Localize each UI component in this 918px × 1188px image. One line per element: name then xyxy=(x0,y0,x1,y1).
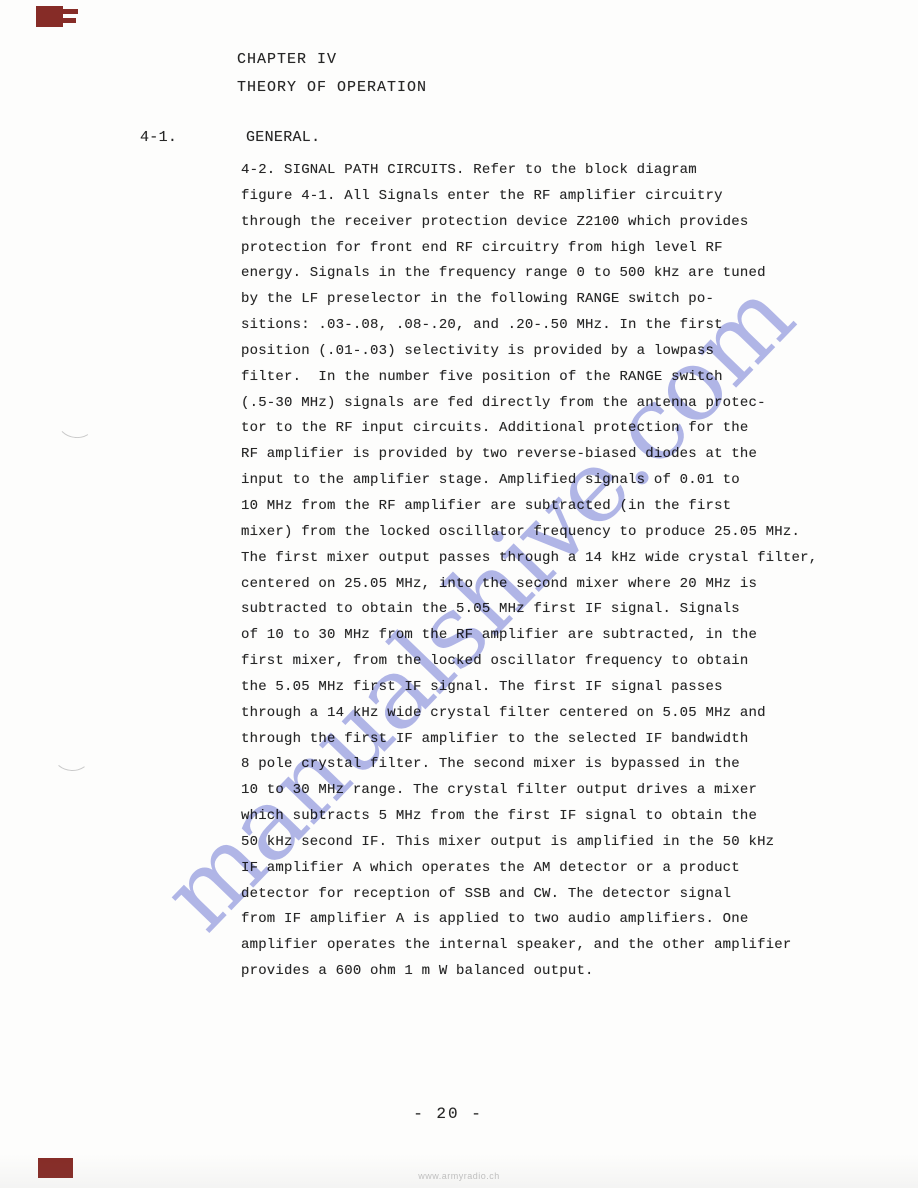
text-line: protection for front end RF circuitry fr… xyxy=(241,236,861,262)
text-line: IF amplifier A which operates the AM det… xyxy=(241,856,861,882)
text-line: filter. In the number five position of t… xyxy=(241,365,861,391)
text-line: centered on 25.05 MHz, into the second m… xyxy=(241,572,861,598)
section-heading: GENERAL. xyxy=(246,129,320,146)
text-line: 8 pole crystal filter. The second mixer … xyxy=(241,752,861,778)
text-line: energy. Signals in the frequency range 0… xyxy=(241,261,861,287)
text-line: sitions: .03-.08, .08-.20, and .20-.50 M… xyxy=(241,313,861,339)
text-line: (.5-30 MHz) signals are fed directly fro… xyxy=(241,391,861,417)
text-line: subtracted to obtain the 5.05 MHz first … xyxy=(241,597,861,623)
chapter-heading: CHAPTER IV xyxy=(237,51,337,68)
text-line: 10 MHz from the RF amplifier are subtrac… xyxy=(241,494,861,520)
text-line: 50 kHz second IF. This mixer output is a… xyxy=(241,830,861,856)
text-line: from IF amplifier A is applied to two au… xyxy=(241,907,861,933)
text-line: 10 to 30 MHz range. The crystal filter o… xyxy=(241,778,861,804)
text-line: The first mixer output passes through a … xyxy=(241,546,861,572)
text-line: figure 4-1. All Signals enter the RF amp… xyxy=(241,184,861,210)
text-line: detector for reception of SSB and CW. Th… xyxy=(241,882,861,908)
text-line: input to the amplifier stage. Amplified … xyxy=(241,468,861,494)
text-line: RF amplifier is provided by two reverse-… xyxy=(241,442,861,468)
scanned-manual-page: CHAPTER IV THEORY OF OPERATION 4-1. GENE… xyxy=(0,0,918,1188)
text-line: through a 14 kHz wide crystal filter cen… xyxy=(241,701,861,727)
page-number: - 20 - xyxy=(0,1105,896,1123)
body-text: 4-2. SIGNAL PATH CIRCUITS. Refer to the … xyxy=(241,158,861,985)
text-line: tor to the RF input circuits. Additional… xyxy=(241,416,861,442)
text-line: of 10 to 30 MHz from the RF amplifier ar… xyxy=(241,623,861,649)
section-number: 4-1. xyxy=(140,129,177,146)
text-line: 4-2. SIGNAL PATH CIRCUITS. Refer to the … xyxy=(241,158,861,184)
margin-pencil-mark-1 xyxy=(56,408,95,440)
scan-mark-top-tab xyxy=(63,9,78,14)
text-line: the 5.05 MHz first IF signal. The first … xyxy=(241,675,861,701)
text-line: which subtracts 5 MHz from the first IF … xyxy=(241,804,861,830)
text-line: mixer) from the locked oscillator freque… xyxy=(241,520,861,546)
text-line: position (.01-.03) selectivity is provid… xyxy=(241,339,861,365)
text-line: through the receiver protection device Z… xyxy=(241,210,861,236)
text-line: first mixer, from the locked oscillator … xyxy=(241,649,861,675)
text-line: provides a 600 ohm 1 m W balanced output… xyxy=(241,959,861,985)
page-title: THEORY OF OPERATION xyxy=(237,79,427,96)
text-line: through the first IF amplifier to the se… xyxy=(241,727,861,753)
text-line: amplifier operates the internal speaker,… xyxy=(241,933,861,959)
margin-pencil-mark-2 xyxy=(53,742,90,772)
scan-mark-top xyxy=(36,6,63,27)
text-line: by the LF preselector in the following R… xyxy=(241,287,861,313)
footer-url: www.armyradio.ch xyxy=(0,1171,918,1181)
scan-mark-top-tab2 xyxy=(63,18,76,23)
